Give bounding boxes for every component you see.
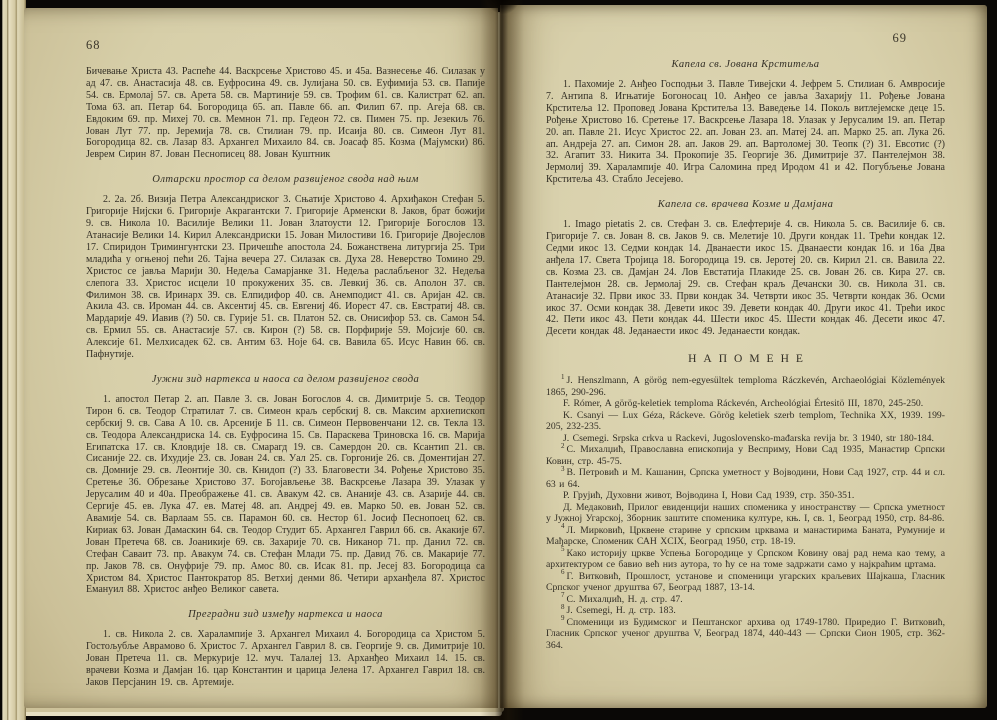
paragraph-fresco-list-continuation: Бичевање Христа 43. Распеће 44. Васкрсењ… (86, 66, 485, 161)
footnote-marker: 6 (561, 568, 565, 576)
footnote-text: J. Henszlmann, A görög nem-egyesültek te… (546, 375, 945, 398)
footnote-text: Споменици из Будимског и Пештанског архи… (546, 617, 945, 651)
footnote: K. Csanyi — Lux Géza, Ráckeve. Görög kel… (546, 410, 945, 433)
footnote-text: С. Михалџић, Православна епископија у Ве… (546, 444, 945, 467)
footnote-marker: 7 (561, 591, 565, 599)
footnote: 8J. Csemegi, Н. д. стр. 183. (546, 605, 945, 617)
page-68-content: 68 Бичевање Христа 43. Распеће 44. Васкр… (24, 8, 498, 708)
footnote-text: Р. Грујић, Духовни живот, Војводина I, Н… (563, 490, 854, 501)
book-scan: 68 Бичевање Христа 43. Распеће 44. Васкр… (0, 0, 997, 720)
footnote-text: Л. Мирковић, Црквене старине у српским ц… (546, 525, 945, 548)
page-69: 69 Капела св. Јована Крститеља 1. Пахоми… (500, 5, 987, 708)
page-69-content: 69 Капела св. Јована Крститеља 1. Пахоми… (500, 5, 987, 708)
footnote-marker: 1 (561, 373, 565, 381)
page-68: 68 Бичевање Христа 43. Распеће 44. Васкр… (24, 8, 498, 708)
footnote-marker: 3 (561, 465, 565, 473)
footnote: Д. Медаковић, Прилог евиденцији наших сп… (546, 502, 945, 525)
paragraph-chapel-cosmas-damian-list: 1. Imago pietatis 2. св. Стефан 3. св. Е… (546, 219, 945, 338)
paragraph-south-wall-list: 1. апостол Петар 2. ап. Павле 3. св. Јов… (86, 394, 485, 596)
footnote: F. Rómer, A görög-keletiek temploma Ráck… (546, 398, 945, 410)
footnote-marker: 2 (561, 442, 565, 450)
section-heading-chapel-cosmas-damian: Капела св. врачева Козме и Дамјана (546, 199, 945, 210)
footnote: J. Csemegi. Srpska crkva u Rackevi, Jugo… (546, 433, 945, 445)
footnote: 4Л. Мирковић, Црквене старине у српским … (546, 525, 945, 548)
section-heading-chapel-st-john: Капела св. Јована Крститеља (546, 59, 945, 70)
footnote-text: Како историју цркве Успења Богородице у … (546, 548, 945, 571)
footnote: 6Г. Витковић, Прошлост, установе и споме… (546, 571, 945, 594)
footnote-text: J. Csemegi. Srpska crkva u Rackevi, Jugo… (563, 433, 934, 444)
footnote-marker: 9 (561, 614, 565, 622)
paragraph-chapel-st-john-list: 1. Пахомије 2. Анђео Господњи 3. Павле Т… (546, 79, 945, 186)
footnote-marker: 5 (561, 545, 565, 553)
footnote-text: Д. Медаковић, Прилог евиденцији наших сп… (546, 502, 945, 525)
paragraph-altar-space-list: 2. 2а. 2б. Визија Петра Александриског 3… (86, 194, 485, 361)
footnote: 9Споменици из Будимског и Пештанског арх… (546, 617, 945, 652)
footnote: 2С. Михалџић, Православна епископија у В… (546, 444, 945, 467)
section-heading-partition-wall: Преградни зид између нартекса и наоса (86, 609, 485, 620)
section-heading-south-wall: Јужни зид нартекса и наоса са делом разв… (86, 374, 485, 385)
footnote: 7С. Михалџић, Н. д. стр. 47. (546, 594, 945, 606)
footnote: 5Како историју цркве Успења Богородице у… (546, 548, 945, 571)
footnote-marker: 4 (561, 522, 565, 530)
footnote: 1J. Henszlmann, A görög nem-egyesültek t… (546, 375, 945, 398)
page-number-left: 68 (86, 38, 485, 53)
footnote-text: С. Михалџић, Н. д. стр. 47. (567, 594, 683, 605)
paragraph-partition-wall-list: 1. св. Никола 2. св. Харалампије 3. Арха… (86, 629, 485, 689)
page-number-right: 69 (546, 31, 945, 46)
footnote-text: В. Петровић и М. Кашанин, Српска уметнос… (546, 467, 945, 490)
footnote-text: Г. Витковић, Прошлост, установе и спомен… (546, 571, 945, 594)
section-heading-altar-space: Олтарски простор са делом развијеног сво… (86, 174, 485, 185)
footnote-text: K. Csanyi — Lux Géza, Ráckeve. Görög kel… (546, 410, 945, 433)
notes-heading: НАПОМЕНЕ (546, 353, 945, 365)
book-spine-page-edges (0, 0, 26, 720)
footnote-text: F. Rómer, A görög-keletiek temploma Ráck… (563, 398, 923, 409)
footnote: 3В. Петровић и М. Кашанин, Српска уметно… (546, 467, 945, 490)
footnote-marker: 8 (561, 603, 565, 611)
footnote: Р. Грујић, Духовни живот, Војводина I, Н… (546, 490, 945, 502)
footnote-text: J. Csemegi, Н. д. стр. 183. (567, 605, 676, 616)
